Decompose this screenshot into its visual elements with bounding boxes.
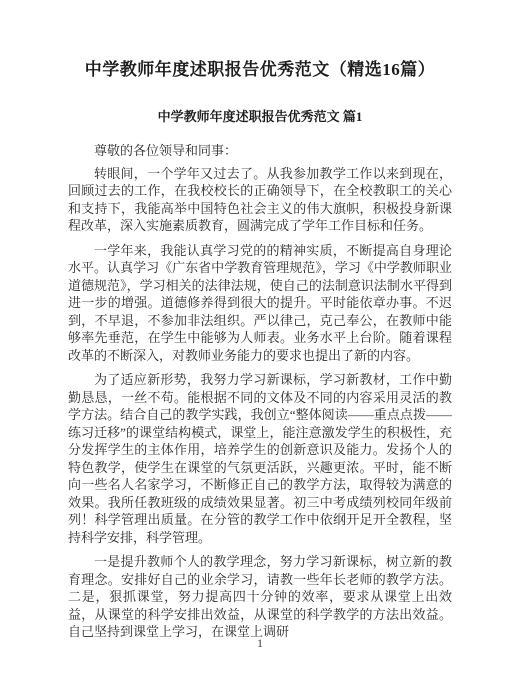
body-paragraph-2: 一学年来，我能认真学习党的的精神实质，不断提高自身理论水平。认真学习《广东省中学… xyxy=(68,242,452,365)
body-paragraph-3: 为了适应新形势，我努力学习新课标，学习新教材，工作中勤勤恳恳，一丝不苟。能根据不… xyxy=(68,371,452,546)
body-paragraph-1: 转眼间，一个学年又过去了。从我参加教学工作以来到现在，回顾过去的工作，在我校校长… xyxy=(68,165,452,235)
section-heading: 中学教师年度述职报告优秀范文 篇1 xyxy=(68,108,452,125)
document-page: 中学教师年度述职报告优秀范文（精选16篇） 中学教师年度述职报告优秀范文 篇1 … xyxy=(0,0,520,673)
document-title: 中学教师年度述职报告优秀范文（精选16篇） xyxy=(68,58,452,82)
greeting-line: 尊敬的各位领导和同事： xyxy=(68,142,452,160)
document-content: 中学教师年度述职报告优秀范文（精选16篇） 中学教师年度述职报告优秀范文 篇1 … xyxy=(68,58,452,648)
page-number: 1 xyxy=(0,636,520,651)
body-paragraph-4: 一是提升教师个人的教学理念，努力学习新课标，树立新的教育理念。安排好自己的业余学… xyxy=(68,553,452,641)
